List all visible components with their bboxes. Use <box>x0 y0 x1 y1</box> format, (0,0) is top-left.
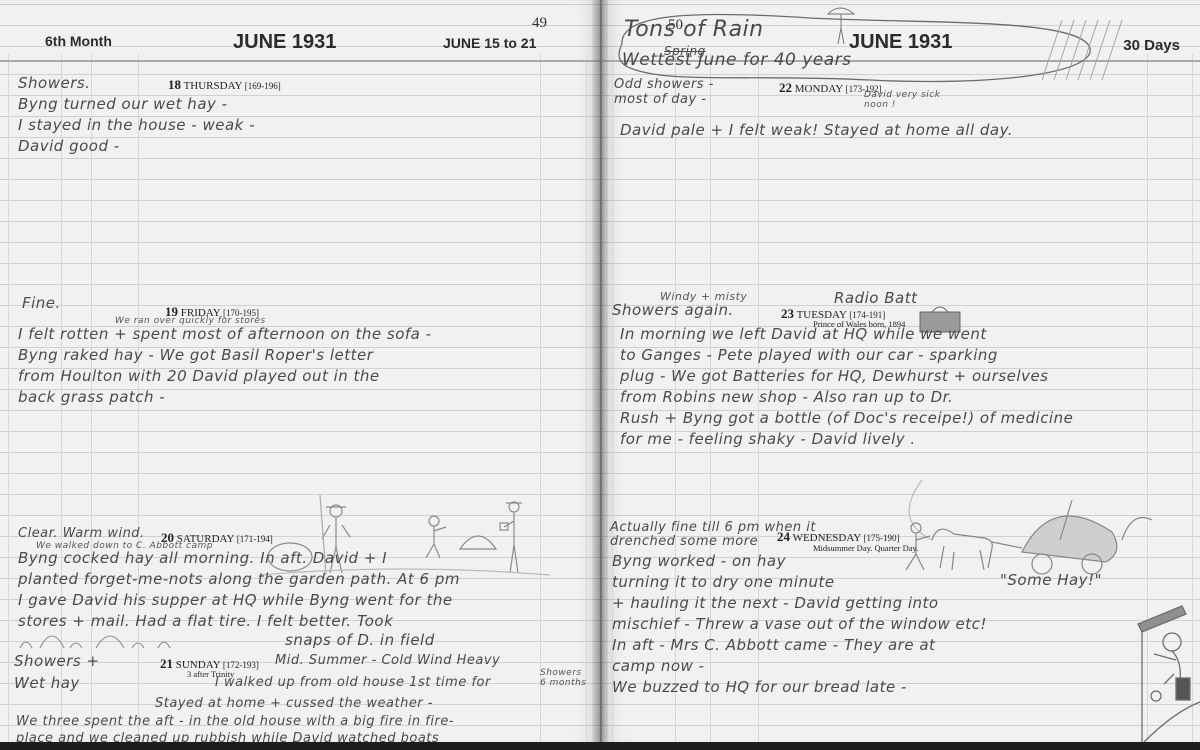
heading-note: Mid. Summer - Cold Wind Heavy <box>275 653 500 668</box>
date-range: JUNE 15 to 21 <box>443 35 536 51</box>
entry-line: In morning we left David at HQ while we … <box>620 325 987 343</box>
book-spine <box>592 0 608 742</box>
entry-line: plug - We got Batteries for HQ, Dewhurst… <box>620 367 1049 385</box>
margin-note: Clear. Warm wind. <box>18 526 145 541</box>
entry-line: to Ganges - Pete played with our car - s… <box>620 346 998 364</box>
page-title: JUNE 1931 <box>233 31 336 54</box>
entry-line: Byng worked - on hay <box>612 552 786 570</box>
diary-spread: 6th Month JUNE 1931 JUNE 15 to 21 49 Sho… <box>0 0 1200 750</box>
entry-line: I gave David his supper at HQ while Byng… <box>18 591 453 609</box>
entry-line: David pale + I felt weak! Stayed at home… <box>620 121 1013 139</box>
entry-line: Rush + Byng got a bottle (of Doc's recei… <box>620 409 1073 427</box>
left-page: 6th Month JUNE 1931 JUNE 15 to 21 49 Sho… <box>0 0 602 742</box>
entry-line: I stayed in the house - weak - <box>18 116 255 134</box>
entry-line: from Robins new shop - Also ran up to Dr… <box>620 388 953 406</box>
entry-line: stores + mail. Had a flat tire. I felt b… <box>18 612 393 630</box>
entry-line: Byng cocked hay all morning. In aft. Dav… <box>18 549 387 567</box>
banner-line: Tons of Rain <box>624 17 764 42</box>
entry-line: I walked up from old house 1st time for <box>215 675 491 690</box>
margin-note: Showers. <box>18 74 90 92</box>
entry-line: In aft - Mrs C. Abbott came - They are a… <box>612 636 935 654</box>
entry-line: David good - <box>18 137 120 155</box>
entry-line: back grass patch - <box>18 388 165 406</box>
day-heading: 18 THURSDAY [169-196] <box>168 77 281 93</box>
page-title: JUNE 1931 <box>849 31 952 54</box>
sketch-caption: "Some Hay!" <box>1000 571 1102 589</box>
entry-line: snaps of D. in field <box>285 631 435 649</box>
entry-line: mischief - Threw a vase out of the windo… <box>612 615 987 633</box>
entry-line: We three spent the aft - in the old hous… <box>16 714 454 729</box>
entry-line: place and we cleaned up rubbish while Da… <box>16 731 439 742</box>
page-number: 49 <box>532 15 547 32</box>
hay-wagon-sketch <box>892 480 1162 585</box>
margin-note: Fine. <box>22 294 61 312</box>
margin-note: Showers again. <box>612 301 734 319</box>
side-note: Showers 6 months <box>540 668 590 688</box>
page-edge <box>0 742 1200 750</box>
child-doorway-sketch <box>1130 604 1200 742</box>
entry-line: We buzzed to HQ for our bread late - <box>612 678 907 696</box>
entry-line: + hauling it the next - David getting in… <box>612 594 939 612</box>
banner-line: Wettest June for 40 years <box>622 50 852 70</box>
day-subtitle: Midsummer Day. Quarter Day. <box>813 543 918 553</box>
right-page: 50 JUNE 1931 30 Days Tons of Rain Spring… <box>602 0 1200 742</box>
margin-note: Showers + Wet hay <box>14 650 134 694</box>
entry-line: turning it to dry one minute <box>612 573 835 591</box>
month-label: 6th Month <box>45 33 112 49</box>
entry-line: from Houlton with 20 David played out in… <box>18 367 380 385</box>
days-label: 30 Days <box>1123 37 1180 54</box>
heading-note: Radio Batt <box>834 289 918 307</box>
entry-line: planted forget-me-nots along the garden … <box>18 570 460 588</box>
entry-line: Byng raked hay - We got Basil Roper's le… <box>18 346 373 364</box>
header-rule <box>0 60 600 62</box>
haystacks-sketch <box>18 628 188 652</box>
entry-line: camp now - <box>612 657 704 675</box>
rain-sketch <box>1042 20 1142 110</box>
margin-note: Odd showers - most of day - <box>614 77 744 107</box>
aside-note: David very sick noon ! <box>864 90 944 110</box>
entry-line: I felt rotten + spent most of afternoon … <box>18 325 432 343</box>
entry-line: Stayed at home + cussed the weather - <box>155 696 433 711</box>
entry-line: Byng turned our wet hay - <box>18 95 228 113</box>
entry-line: for me - feeling shaky - David lively . <box>620 430 916 448</box>
